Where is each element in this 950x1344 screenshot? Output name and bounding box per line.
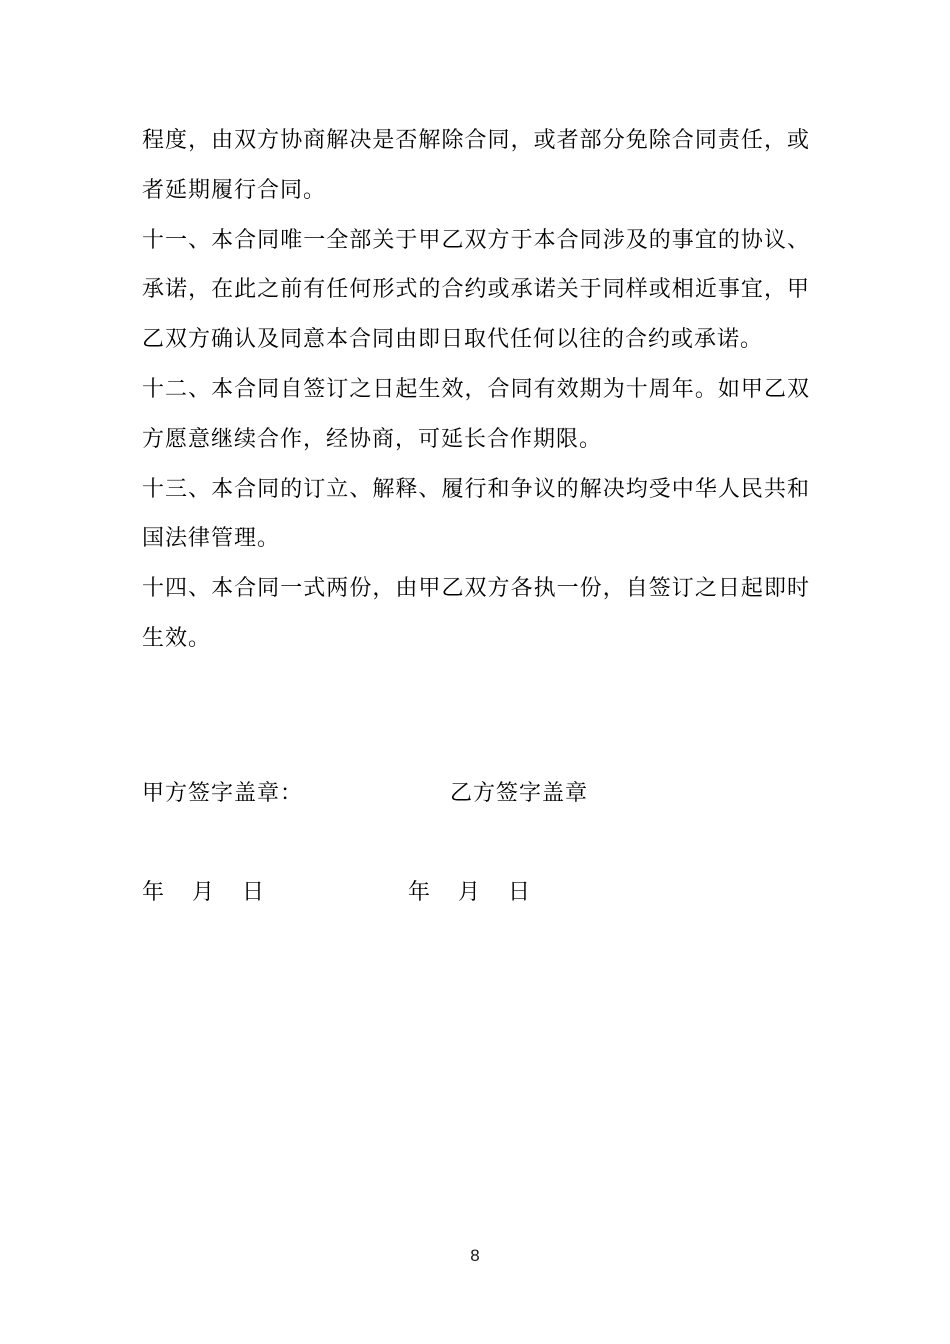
month-field: 月 [192, 875, 214, 906]
text-line: 十一、本合同唯一全部关于甲乙双方于本合同涉及的事宜的协议、 [142, 215, 810, 265]
month-field: 月 [458, 875, 480, 906]
text-line: 方愿意继续合作，经协商，可延长合作期限。 [142, 414, 810, 464]
text-line: 承诺，在此之前有任何形式的合约或承诺关于同样或相近事宜，甲 [142, 264, 810, 314]
year-field: 年 [142, 875, 164, 906]
text-line: 乙双方确认及同意本合同由即日取代任何以往的合约或承诺。 [142, 314, 810, 364]
year-field: 年 [408, 875, 430, 906]
day-field: 日 [242, 875, 264, 906]
page-number: 8 [0, 1246, 950, 1266]
party-a-signature-label: 甲方签字盖章： [142, 776, 303, 807]
date-row: 年 月 日 年 月 日 [142, 875, 810, 903]
text-line: 国法律管理。 [142, 513, 810, 563]
text-line: 十三、本合同的订立、解释、履行和争议的解决均受中华人民共和 [142, 464, 810, 514]
text-line: 程度，由双方协商解决是否解除合同，或者部分免除合同责任，或 [142, 115, 810, 165]
text-line: 生效。 [142, 613, 810, 663]
day-field: 日 [508, 875, 530, 906]
party-b-date-line: 年 月 日 [408, 875, 530, 906]
text-line: 十四、本合同一式两份，由甲乙双方各执一份，自签订之日起即时 [142, 563, 810, 613]
party-b-signature-label: 乙方签字盖章 [450, 776, 588, 807]
document-page: 程度，由双方协商解决是否解除合同，或者部分免除合同责任，或者延期履行合同。十一、… [0, 0, 950, 1344]
text-line: 者延期履行合同。 [142, 165, 810, 215]
text-line: 十二、本合同自签订之日起生效，合同有效期为十周年。如甲乙双 [142, 364, 810, 414]
signature-row: 甲方签字盖章： 乙方签字盖章 [142, 776, 810, 804]
contract-body: 程度，由双方协商解决是否解除合同，或者部分免除合同责任，或者延期履行合同。十一、… [142, 115, 810, 663]
party-a-date-line: 年 月 日 [142, 875, 264, 906]
